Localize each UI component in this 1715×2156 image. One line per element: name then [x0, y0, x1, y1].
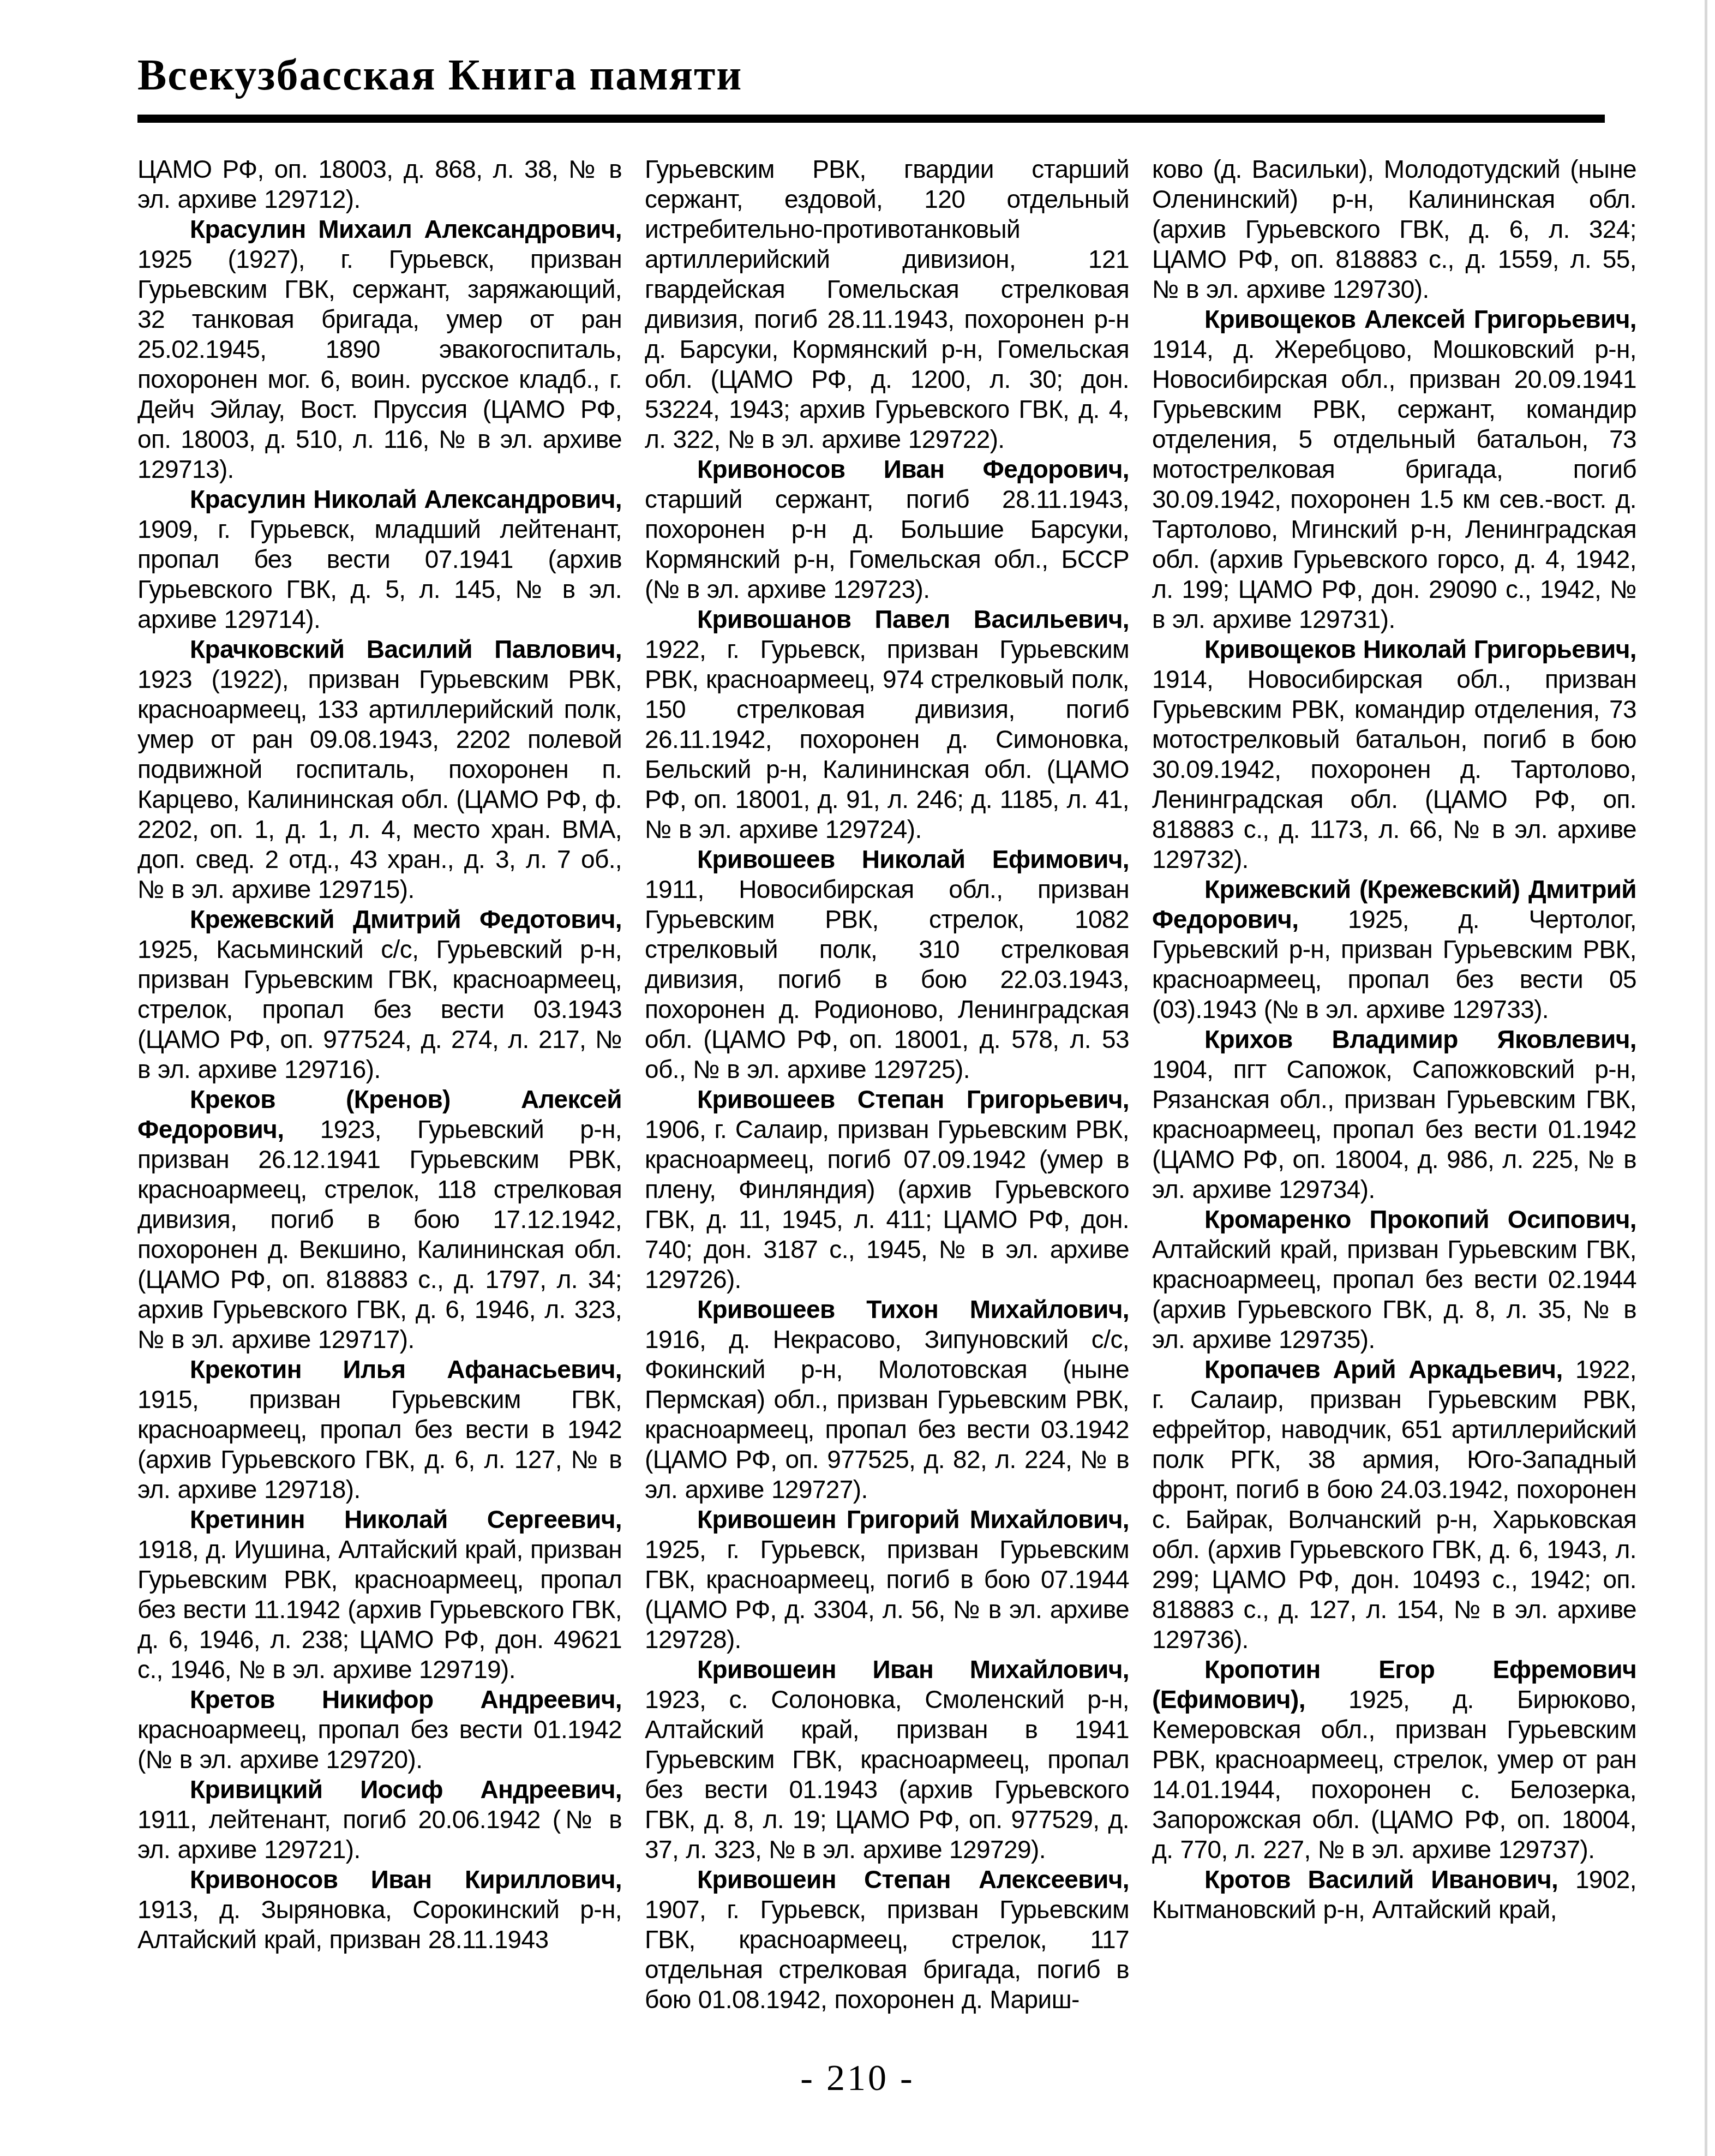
memorial-entry: Кретов Никифор Андреевич, красноармеец, … — [137, 1685, 622, 1775]
columns: ЦАМО РФ, оп. 18003, д. 868, л. 38, № в э… — [137, 154, 1639, 2015]
memorial-entry: Крекотин Илья Афанасьевич, 1915, призван… — [137, 1355, 622, 1505]
memorial-entry: Кривошеин Степан Алексеевич, 1907, г. Гу… — [645, 1865, 1129, 2015]
entry-continuation: Гурьевским РВК, гвардии старший сержант,… — [645, 154, 1129, 454]
entry-person-name: Крижевский (Крежевский) Дмитрий Федорови… — [1152, 875, 1636, 933]
entry-person-name: Кретов Никифор Андреевич, — [190, 1685, 622, 1714]
memorial-entry: Кривошанов Павел Васильевич, 1922, г. Гу… — [645, 604, 1129, 845]
memorial-entry: Крачковский Василий Павлович, 1923 (1922… — [137, 634, 622, 905]
memorial-entry: Кротов Василий Иванович, 1902, Кытмановс… — [1152, 1865, 1636, 1925]
entry-person-name: Кривошанов Павел Васильевич, — [697, 605, 1129, 633]
entry-person-name: Кривошеев Степан Григорьевич, — [697, 1085, 1129, 1113]
memorial-entry: Кромаренко Прокопий Осипович, Алтайский … — [1152, 1205, 1636, 1355]
memorial-entry: Кривощеков Николай Григорьевич, 1914, Но… — [1152, 634, 1636, 875]
entry-person-name: Крачковский Василий Павлович, — [190, 635, 622, 663]
column-2: Гурьевским РВК, гвардии старший сержант,… — [645, 154, 1129, 2015]
memorial-entry: Кривицкий Иосиф Андреевич, 1911, лейтена… — [137, 1775, 622, 1865]
entry-person-name: Крихов Владимир Яковлевич, — [1204, 1025, 1636, 1053]
entry-person-name: Кривицкий Иосиф Андреевич, — [190, 1775, 622, 1804]
memorial-entry: Кретинин Николай Сергеевич, 1918, д. Иуш… — [137, 1505, 622, 1685]
entry-continuation: ково (д. Васильки), Молодотудский (ныне … — [1152, 154, 1636, 304]
entry-person-name: Кривоносов Иван Федорович, — [697, 455, 1129, 483]
entry-person-name: Кротов Василий Иванович, — [1204, 1865, 1575, 1894]
entry-person-name: Креков (Кренов) Алексей Федорович, — [137, 1085, 622, 1143]
entry-person-name: Крекотин Илья Афанасьевич, — [190, 1355, 622, 1384]
entry-person-name: Кривошеин Григорий Михайлович, — [697, 1505, 1129, 1534]
entry-person-name: Кривошеев Тихон Михайлович, — [697, 1295, 1129, 1323]
entry-person-name: Кривошеин Иван Михайлович, — [697, 1655, 1129, 1684]
memorial-entry: Кривошеев Степан Григорьевич, 1906, г. С… — [645, 1085, 1129, 1295]
book-page: Всекузбасская Книга памяти ЦАМО РФ, оп. … — [0, 0, 1715, 2156]
column-3: ково (д. Васильки), Молодотудский (ныне … — [1152, 154, 1636, 2015]
entry-person-name: Кривоносов Иван Кириллович, — [190, 1865, 622, 1894]
memorial-entry: Красулин Николай Александрович, 1909, г.… — [137, 484, 622, 634]
memorial-entry: Крижевский (Крежевский) Дмитрий Федорови… — [1152, 875, 1636, 1025]
entry-person-name: Кропотин Егор Ефремович (Ефимович), — [1152, 1655, 1636, 1714]
column-1: ЦАМО РФ, оп. 18003, д. 868, л. 38, № в э… — [137, 154, 622, 2015]
memorial-entry: Кривошеев Николай Ефимович, 1911, Новоси… — [645, 845, 1129, 1085]
page-header: Всекузбасская Книга памяти — [137, 50, 1639, 123]
entry-person-name: Кривошеин Степан Алексеевич, — [697, 1865, 1129, 1894]
memorial-entry: Кропачев Арий Аркадьевич, 1922, г. Салаи… — [1152, 1355, 1636, 1655]
page-number: - 210 - — [0, 2056, 1715, 2099]
entry-person-name: Кропачев Арий Аркадьевич, — [1204, 1355, 1575, 1384]
header-divider — [137, 115, 1605, 123]
memorial-entry: Крихов Владимир Яковлевич, 1904, пгт Сап… — [1152, 1025, 1636, 1205]
entry-continuation: ЦАМО РФ, оп. 18003, д. 868, л. 38, № в э… — [137, 154, 622, 214]
entry-person-name: Кривощеков Алексей Григорьевич, — [1204, 305, 1636, 333]
entry-person-name: Кретинин Николай Сергеевич, — [190, 1505, 622, 1534]
memorial-entry: Кривошеин Иван Михайлович, 1923, с. Соло… — [645, 1655, 1129, 1865]
memorial-entry: Креков (Кренов) Алексей Федорович, 1923,… — [137, 1085, 622, 1355]
memorial-entry: Кривошеев Тихон Михайлович, 1916, д. Нек… — [645, 1295, 1129, 1505]
memorial-entry: Кривоносов Иван Федорович, старший сержа… — [645, 454, 1129, 604]
memorial-entry: Кривоносов Иван Кириллович, 1913, д. Зыр… — [137, 1865, 622, 1955]
memorial-entry: Крежевский Дмитрий Федотович, 1925, Кась… — [137, 905, 622, 1085]
memorial-entry: Кривошеин Григорий Михайлович, 1925, г. … — [645, 1505, 1129, 1655]
memorial-entry: Кропотин Егор Ефремович (Ефимович), 1925… — [1152, 1655, 1636, 1865]
entry-person-name: Кривошеев Николай Ефимович, — [697, 845, 1129, 873]
entry-person-name: Кромаренко Прокопий Осипович, — [1204, 1205, 1636, 1233]
entry-person-name: Кривощеков Николай Григорьевич, — [1204, 635, 1636, 663]
memorial-entry: Кривощеков Алексей Григорьевич, 1914, д.… — [1152, 304, 1636, 634]
memorial-entry: Красулин Михаил Александрович, 1925 (192… — [137, 214, 622, 484]
entry-person-name: Красулин Михаил Александрович, — [190, 215, 622, 243]
page-title: Всекузбасская Книга памяти — [137, 50, 1639, 100]
entry-person-name: Крежевский Дмитрий Федотович, — [190, 905, 622, 933]
entry-person-name: Красулин Николай Александрович, — [190, 485, 622, 513]
